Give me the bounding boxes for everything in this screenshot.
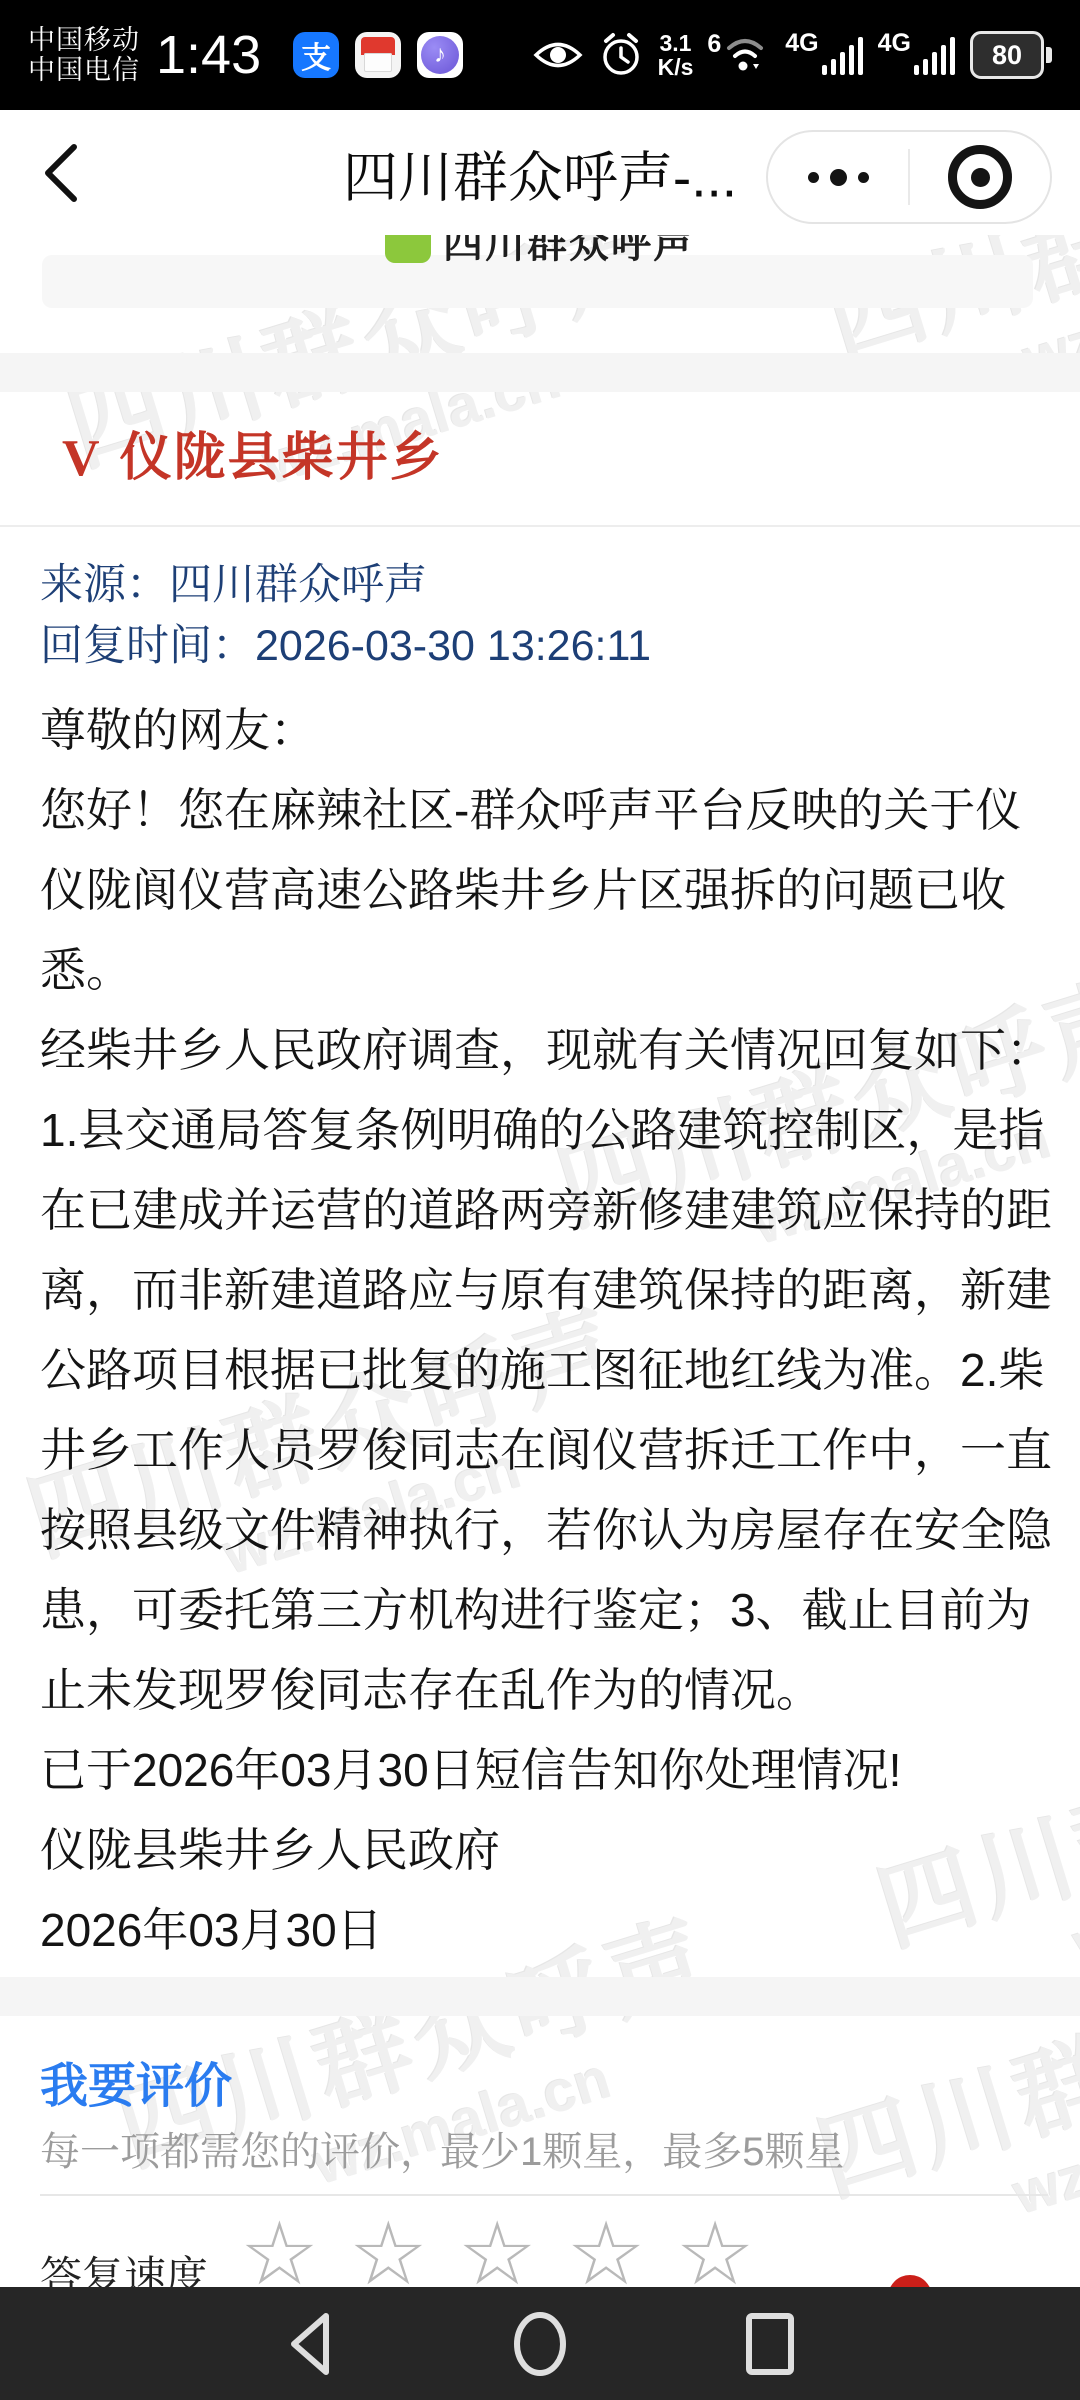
carrier-1: 中国移动: [28, 25, 140, 55]
source-row: 来源：四川群众呼声: [40, 560, 427, 610]
more-menu-button[interactable]: [768, 132, 908, 222]
mail-notification-icon: [355, 32, 401, 78]
miniprogram-capsule: [766, 130, 1052, 224]
department-title: V仪陇县柴井乡: [62, 415, 444, 490]
star-icon[interactable]: ☆: [676, 2212, 755, 2287]
music-disc: ♪: [421, 36, 459, 74]
exit-miniprogram-button[interactable]: [910, 132, 1050, 222]
home-circle-icon: [512, 2309, 568, 2379]
battery-percent: 80: [970, 31, 1044, 79]
mail-paper: [364, 53, 392, 72]
reply-body: 尊敬的网友： 您好！您在麻辣社区-群众呼声平台反映的关于仪仪陇阆仪营高速公路柴井…: [40, 690, 1060, 1970]
rating-item-label: 答复速度: [40, 2212, 218, 2287]
body-paragraph: 已于2026年03月30日短信告知你处理情况!: [40, 1730, 1060, 1810]
status-time: 1:43: [156, 24, 261, 86]
star-icon[interactable]: ☆: [240, 2212, 319, 2287]
divider: [40, 2194, 1048, 2196]
network-speed: 3.1 K/s: [658, 31, 694, 79]
music-notification-icon: ♪: [417, 32, 463, 78]
ellipsis-icon: [808, 169, 869, 186]
reply-time-label: 回复时间：: [40, 622, 255, 670]
carrier-2: 中国电信: [28, 55, 140, 85]
speed-value: 3.1: [659, 31, 691, 55]
reply-time-value: 2026-03-30 13:26:11: [255, 622, 651, 670]
body-paragraph: 您好！您在麻辣社区-群众呼声平台反映的关于仪仪陇阆仪营高速公路柴井乡片区强拆的问…: [40, 770, 1060, 1010]
sim1-network-type: 4G: [785, 29, 818, 58]
battery-nub: [1046, 47, 1052, 63]
rating-hint: 每一项都需您的评价，最少1颗星，最多5颗星: [40, 2127, 845, 2177]
clipped-banner-header: 四川群众呼声: [0, 235, 1080, 265]
body-paragraph: 2026年03月30日: [40, 1890, 1060, 1970]
body-paragraph: 1.县交通局答复条例明确的公路建筑控制区，是指在已建成并运营的道路两旁新修建建筑…: [40, 1090, 1060, 1730]
carrier-labels: 中国移动 中国电信: [28, 25, 140, 85]
status-bar: 中国移动 中国电信 1:43 支 ♪ 3.1: [0, 0, 1080, 110]
body-paragraph: 尊敬的网友：: [40, 690, 1060, 770]
section-separator: [0, 1977, 1080, 2016]
sim2-network-type: 4G: [878, 29, 911, 58]
target-circle-icon: [948, 145, 1012, 209]
source-link[interactable]: 四川群众呼声: [169, 561, 427, 609]
star-rating-input: ☆ ☆ ☆ ☆ ☆: [240, 2212, 754, 2287]
source-label: 来源：: [40, 561, 169, 609]
eye-comfort-icon: [532, 38, 584, 72]
sim2-signal-bars-icon: [914, 33, 956, 77]
star-icon[interactable]: ☆: [349, 2212, 428, 2287]
section-separator: [0, 353, 1080, 392]
status-indicators: 3.1 K/s 6 4G: [532, 31, 1052, 79]
banner-logo-text: 四川群众呼声: [443, 235, 695, 265]
alipay-notification-icon: 支: [293, 32, 339, 78]
app-logo-icon: [385, 235, 431, 263]
alarm-clock-icon: [598, 32, 644, 78]
battery-indicator: 80: [970, 31, 1052, 79]
body-paragraph: 仪陇县柴井乡人民政府: [40, 1810, 1060, 1890]
star-icon[interactable]: ☆: [567, 2212, 646, 2287]
star-icon[interactable]: ☆: [458, 2212, 537, 2287]
wifi-6-label: 6: [707, 30, 721, 59]
android-back-button[interactable]: [195, 2309, 425, 2379]
rating-section-title: 我要评价: [40, 2057, 232, 2117]
android-home-button[interactable]: [425, 2309, 655, 2379]
speed-unit: K/s: [658, 55, 694, 79]
wifi-icon: [723, 34, 771, 76]
department-name: 仪陇县柴井乡: [120, 429, 444, 487]
back-triangle-icon: [286, 2309, 334, 2379]
alipay-glyph: 支: [301, 33, 331, 77]
sim1-signal-bars-icon: [822, 33, 864, 77]
body-paragraph: 经柴井乡人民政府调查，现就有关情况回复如下：: [40, 1010, 1060, 1090]
divider: [0, 525, 1080, 527]
android-recents-button[interactable]: [655, 2311, 885, 2377]
wifi-indicator: 6: [707, 34, 771, 76]
sim2-signal: 4G: [878, 33, 956, 77]
rating-row-reply-speed: 答复速度 ☆ ☆ ☆ ☆ ☆: [40, 2212, 1040, 2287]
recents-square-icon: [744, 2311, 796, 2377]
verified-badge: V: [62, 430, 102, 487]
reply-time-row: 回复时间：2026-03-30 13:26:11: [40, 621, 651, 671]
music-note-glyph: ♪: [434, 41, 446, 69]
nav-bar: 四川群众呼声-...: [0, 110, 1080, 235]
sim1-signal: 4G: [785, 33, 863, 77]
android-nav-bar: [0, 2287, 1080, 2400]
phone-screen: 中国移动 中国电信 1:43 支 ♪ 3.1: [0, 0, 1080, 2400]
page-content: 四川群众呼声wz.mala.cn 四川群众呼声wz.mala.cn 四川群众呼声…: [0, 235, 1080, 2287]
